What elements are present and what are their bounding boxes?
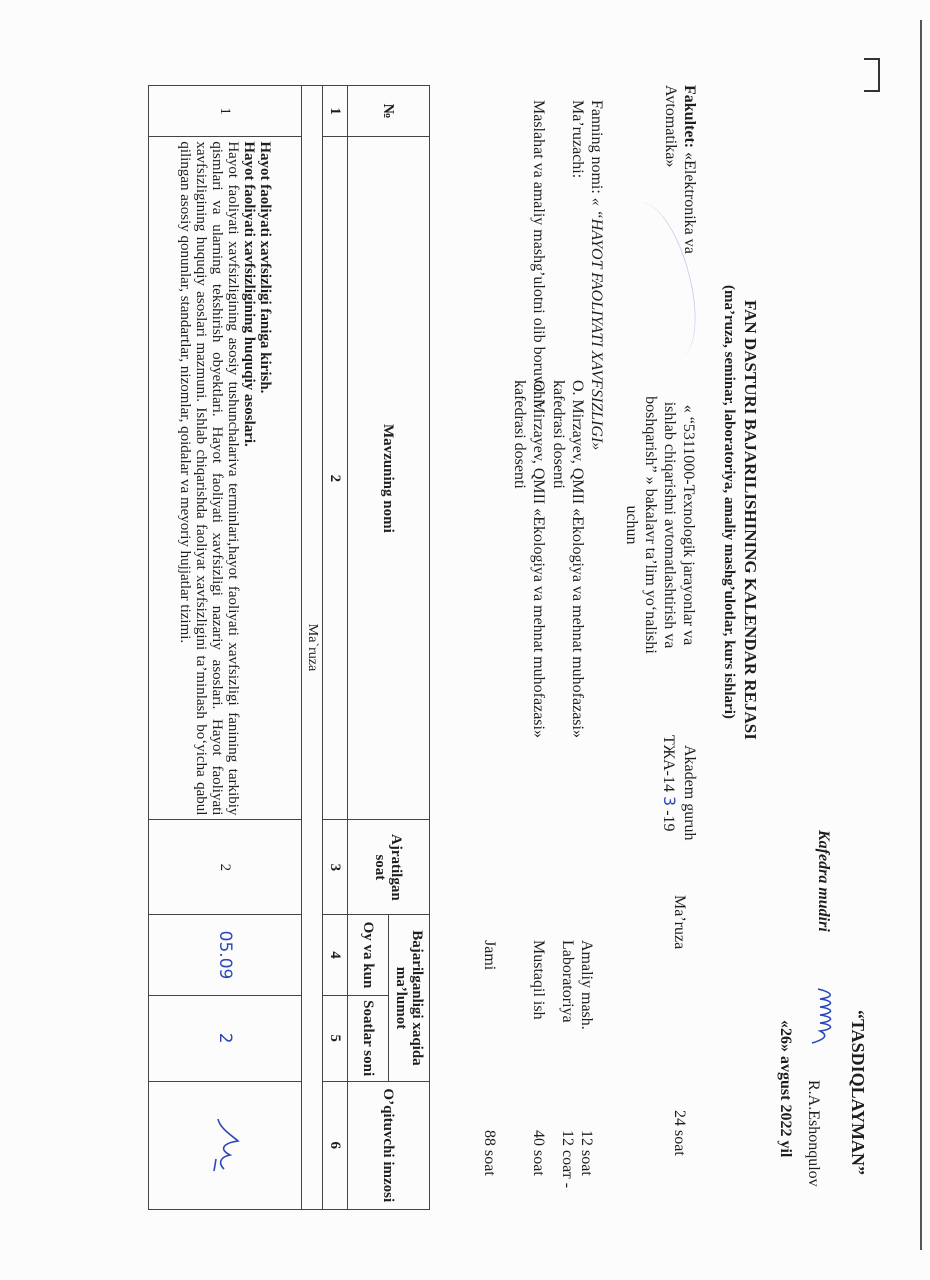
lecture-hours-label: Ma’ruza [670,895,688,949]
column-number-row: 1 2 3 4 5 6 [323,86,348,1210]
faculty-value-cont: Avtomatika» [661,85,679,167]
scanned-page-frame: “TASDIQLAYMAN” Kafedra mudiri R.A.Eshonq… [0,0,930,1280]
allocated-hours: 2 [149,820,302,915]
col-num: 4 [323,915,348,995]
faculty-value: «Elektronika va [681,152,698,254]
lecturer-value-cont: kafedrasi dosenti [549,380,567,489]
independent-hours-value: 40 soat [529,1130,547,1176]
practice-value-cont: kafedrasi dosenti [510,380,528,489]
faculty-label: Fakultet: [681,85,698,148]
paper-edge [920,20,930,1250]
topic-description: Hayot faoliyati xavfsizligining asosiy t… [177,141,241,815]
group-handwritten: 3 [660,796,679,806]
completion-hours: 2 [149,995,302,1081]
col-num: 6 [323,1081,348,1209]
calendar-plan-table: № Mavzuning nomi Ajratilgan soat Bajaril… [148,85,430,1210]
section-label: Ma`ruza [302,86,323,1210]
total-hours-label: Jami [480,940,498,970]
group-prefix: TЖA-14 [660,735,677,792]
col-num: 3 [323,820,348,915]
col-num: 1 [323,86,348,137]
teacher-signature-cell [149,1081,302,1209]
subject-value: « “HAYOT FAOLIYATI XAVFSIZLIGI» [588,198,605,451]
topic-subtitle: Hayot faoliyati xavfsizligining huquqiy … [241,141,257,815]
header-month-day: Oy va kun [348,915,389,995]
header-no: № [348,86,430,137]
topic-cell: Hayot faoliyati xavfsizligi faniga kiris… [149,137,302,820]
lecture-hours-value: 24 soat [670,1110,688,1156]
lecturer-value: O. Mirzayev, QMII «Ekologiya va mehnat m… [568,380,586,738]
subject-label: Fanning nomi: [588,100,605,194]
group-value: TЖA-14 3 -19 [659,735,679,832]
approver-name: R.A.Eshonqulov [804,1080,822,1187]
approval-role: Kafedra mudiri [814,830,832,932]
col-num: 5 [323,995,348,1081]
document-subtitle: (ma’ruza, seminar, laboratoriya, amaliy … [720,285,737,719]
header-completion: Bajarilganligi xaqida ma’lumot [389,915,430,1081]
document-page: “TASDIQLAYMAN” Kafedra mudiri R.A.Eshonq… [0,0,930,1280]
approval-heading: “TASDIQLAYMAN” [847,1010,868,1175]
lab-hours-value: 12 соат - [558,1130,576,1188]
topic-title: Hayot faoliyati xavfsizligi faniga kiris… [257,141,273,815]
completion-date: 05.09 [149,915,302,995]
practice-value: O. Mirzayev, QMII «Ekologiya va mehnat m… [529,380,547,738]
header-hours-count: Soatlar soni [348,995,389,1081]
header-teacher-sign: O’qituvchi imzosi [348,1081,430,1209]
bracket-mark [864,58,880,92]
group-suffix: -19 [660,810,677,831]
table-header-row: № Mavzuning nomi Ajratilgan soat Bajaril… [389,86,430,1210]
approval-date: «26» avgust 2022 yil [776,1020,794,1157]
total-hours-value: 88 soat [480,1130,498,1176]
lab-hours-label: Laboratoriya [558,940,576,1023]
lecturer-label: Ma’ruzachi: [568,100,586,178]
document-title: FAN DASTURI BAJARILISHINING KALENDAR REJ… [740,300,760,740]
col-num: 2 [323,137,348,820]
practice-hours-label: Amaliy mash. [577,940,595,1030]
faculty-line: Fakultet: «Elektronika va [680,85,698,254]
header-topic: Mavzuning nomi [348,137,430,820]
independent-hours-label: Mustaqil ish [529,940,547,1020]
teacher-signature-icon [211,1115,245,1175]
table-row: 1 Hayot faoliyati xavfsizligi faniga kir… [149,86,302,1210]
row-number: 1 [149,86,302,137]
practice-label: Maslahat va amaliy mashg’ulotni olib bor… [529,100,547,408]
group-label: Akadem guruh [680,745,698,841]
practice-hours-value: 12 soat [577,1130,595,1176]
subject-line: Fanning nomi: « “HAYOT FAOLIYATI XAVFSIZ… [587,100,605,450]
direction-text: « “5311000-Texnologik jarayonlar va ishl… [622,390,698,660]
header-allocated: Ajratilgan soat [348,820,430,915]
section-row: Ma`ruza [302,86,323,1210]
head-signature-icon [810,985,838,1045]
